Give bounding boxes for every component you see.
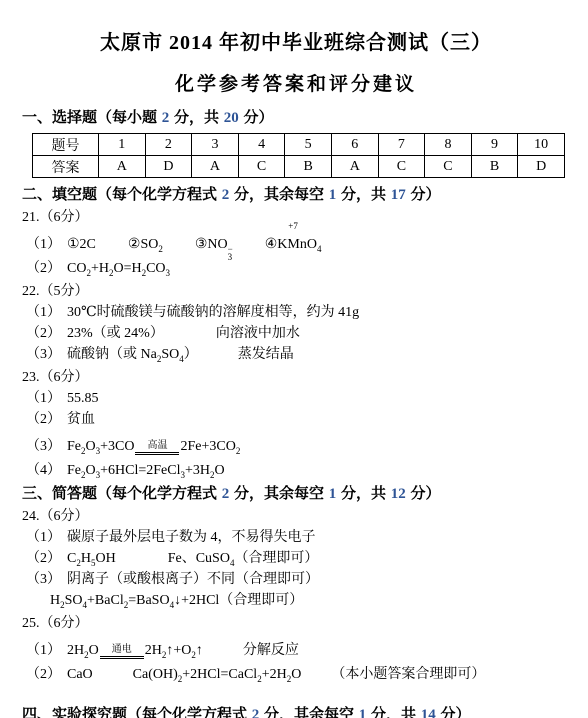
- doc-subtitle: 化学参考答案和评分建议: [22, 69, 570, 96]
- document-page: 太原市 2014 年初中毕业班综合测试（三） 化学参考答案和评分建议 一、选择题…: [0, 0, 588, 718]
- answer-cell: D: [145, 156, 192, 178]
- heading-text: 三、简答题（每个化学方程式: [22, 486, 221, 502]
- answer-line-24-2: （2）C2H5OHFe、CuSO4（合理即可）: [22, 548, 570, 569]
- item-number: （3）: [26, 572, 61, 587]
- answer-line-24-1: （1）碳原子最外层电子数为 4，不易得失电子: [22, 527, 570, 548]
- question-number-cell: 10: [518, 134, 565, 156]
- answer-text: 阴离子（或酸根离子）不同（合理即可）: [67, 572, 319, 587]
- heading-text: 分）: [240, 110, 274, 126]
- chem-equation-right: 2H2↑+O2↑: [145, 643, 203, 658]
- answer-cell: A: [192, 156, 239, 178]
- answer-cell: D: [518, 156, 565, 178]
- item-number: （1）: [26, 391, 61, 406]
- answer-text: 向溶液中加水: [216, 326, 300, 341]
- heading-number: 2: [251, 707, 261, 718]
- heading-text: 二、填空题（每个化学方程式: [22, 187, 221, 203]
- heading-number: 20: [223, 110, 240, 126]
- question-number-cell: 8: [425, 134, 472, 156]
- item-number: （3）: [26, 347, 61, 362]
- answer-line-21-1: （1）①2C②SO2③NO−3④+7KMnO4: [22, 231, 570, 258]
- heading-number: 1: [328, 486, 338, 502]
- question-number-cell: 2: [145, 134, 192, 156]
- heading-text: 分，共: [170, 110, 223, 126]
- heading-number: 2: [221, 187, 231, 203]
- chem-formula-kmno4: ④+7KMnO4: [265, 237, 322, 252]
- answer-line-21-2: （2）CO2+H2O=H2CO3: [22, 258, 570, 279]
- heading-number: 2: [221, 486, 231, 502]
- chem-formula: Fe、CuSO4（合理即可）: [168, 551, 319, 566]
- answer-cell: B: [285, 156, 332, 178]
- answer-line-25-2: （2）CaOCa(OH)2+2HCl=CaCl2+2H2O（本小题答案合理即可）: [22, 664, 570, 685]
- chem-equation: Ca(OH)2+2HCl=CaCl2+2H2O: [133, 667, 302, 682]
- answer-line-23-3: （3）Fe2O3+3CO高温2Fe+3CO2: [22, 433, 570, 460]
- answer-text: 30℃时硫酸镁与硫酸钠的溶解度相等，约为 41g: [67, 305, 359, 320]
- section-3-heading: 三、简答题（每个化学方程式 2 分，其余每空 1 分，共 12 分）: [22, 484, 570, 504]
- chem-formula: 硫酸钠（或 Na2SO4）: [67, 347, 198, 362]
- question-23-label: 23.（6分）: [22, 367, 570, 388]
- heading-text: 分，其余每空: [260, 707, 358, 718]
- chem-formula-no3: ③NO−3: [195, 237, 233, 252]
- oxidation-number: +7: [288, 222, 298, 231]
- heading-number: 1: [328, 187, 338, 203]
- circled-number: ④: [265, 237, 278, 252]
- formula-with-oxidation: +7KMnO4: [277, 231, 321, 258]
- item-number: （2）: [26, 412, 61, 427]
- answer-line-24-3-equation: H2SO4+BaCl2=BaSO4↓+2HCl（合理即可）: [22, 590, 570, 611]
- answer-note: （本小题答案合理即可）: [331, 667, 485, 682]
- heading-text: 分）: [407, 486, 441, 502]
- question-22-label: 22.（5分）: [22, 281, 570, 302]
- answer-text: 55.85: [67, 391, 99, 406]
- item-number: （1）: [26, 530, 61, 545]
- chem-equation-right: 2Fe+3CO2: [180, 439, 240, 454]
- question-number-cell: 3: [192, 134, 239, 156]
- answer-cell: A: [331, 156, 378, 178]
- item-number: （2）: [26, 261, 61, 276]
- answer-text: 23%（或 24%）: [67, 326, 164, 341]
- section-1-heading: 一、选择题（每小题 2 分，共 20 分）: [22, 108, 570, 128]
- answer-line-23-4: （4）Fe2O3+6HCl=2FeCl3+3H2O: [22, 460, 570, 481]
- row-label-number: 题号: [33, 134, 99, 156]
- chem-formula: C2H5OH: [67, 551, 116, 566]
- chem-equation: H2SO4+BaCl2=BaSO4↓+2HCl（合理即可）: [50, 593, 303, 608]
- answer-cell: C: [378, 156, 425, 178]
- chem-equation-left: 2H2O: [67, 643, 99, 658]
- item-number: （2）: [26, 551, 61, 566]
- item-number: （4）: [26, 463, 61, 478]
- answer-line-23-1: （1）55.85: [22, 388, 570, 409]
- question-25-label: 25.（6分）: [22, 613, 570, 634]
- table-row-question-numbers: 题号 1 2 3 4 5 6 7 8 9 10: [33, 134, 565, 156]
- heading-number: 14: [420, 707, 437, 718]
- heading-text: 四、实验探究题（每个化学方程式: [22, 707, 251, 718]
- row-label-answer: 答案: [33, 156, 99, 178]
- heading-text: 分）: [407, 187, 441, 203]
- table-row-answers: 答案 A D A C B A C C B D: [33, 156, 565, 178]
- answer-cell: C: [425, 156, 472, 178]
- answer-text: 蒸发结晶: [238, 347, 294, 362]
- chem-equation-left: Fe2O3+3CO: [67, 439, 134, 454]
- item-number: （2）: [26, 326, 61, 341]
- heading-number: 12: [390, 486, 407, 502]
- subscript-number: 3: [228, 253, 233, 261]
- formula-text: KMnO4: [277, 237, 321, 252]
- heading-text: 分，共: [367, 707, 420, 718]
- heading-text: 分）: [437, 707, 471, 718]
- heading-text: 分，共: [337, 187, 390, 203]
- choice-answer-table: 题号 1 2 3 4 5 6 7 8 9 10 答案 A D A C B A C…: [32, 133, 565, 178]
- item-number: （1）: [26, 237, 61, 252]
- heading-number: 1: [358, 707, 368, 718]
- condition-label: 高温: [135, 440, 179, 455]
- heading-text: 分，共: [337, 486, 390, 502]
- chem-formula: ②SO2: [128, 237, 163, 252]
- heading-text: 分，其余每空: [230, 486, 328, 502]
- chem-equation: CO2+H2O=H2CO3: [67, 261, 170, 276]
- question-number-cell: 7: [378, 134, 425, 156]
- section-4-heading: 四、实验探究题（每个化学方程式 2 分，其余每空 1 分，共 14 分）: [22, 705, 570, 718]
- chem-equation: Fe2O3+6HCl=2FeCl3+3H2O: [67, 463, 225, 478]
- answer-line-22-2: （2）23%（或 24%）向溶液中加水: [22, 323, 570, 344]
- heading-number: 2: [161, 110, 171, 126]
- section-2-heading: 二、填空题（每个化学方程式 2 分，其余每空 1 分，共 17 分）: [22, 185, 570, 205]
- question-number-cell: 1: [99, 134, 146, 156]
- answer-line-23-2: （2）贫血: [22, 409, 570, 430]
- doc-title: 太原市 2014 年初中毕业班综合测试（三）: [22, 26, 570, 55]
- heading-text: 一、选择题（每小题: [22, 110, 161, 126]
- charge-stack: −3: [228, 245, 233, 261]
- condition-label: 通电: [100, 644, 144, 659]
- chem-formula: CaO: [67, 667, 93, 682]
- question-number-cell: 6: [331, 134, 378, 156]
- item-number: （1）: [26, 643, 61, 658]
- reaction-condition: 通电: [100, 644, 144, 659]
- answer-text: 贫血: [67, 412, 95, 427]
- answer-text: 分解反应: [243, 643, 299, 658]
- question-24-label: 24.（6分）: [22, 506, 570, 527]
- reaction-condition: 高温: [135, 440, 179, 455]
- answer-line-22-1: （1）30℃时硫酸镁与硫酸钠的溶解度相等，约为 41g: [22, 302, 570, 323]
- item-number: （1）: [26, 305, 61, 320]
- answer-line-22-3: （3）硫酸钠（或 Na2SO4）蒸发结晶: [22, 344, 570, 365]
- formula-text: ③NO: [195, 237, 228, 252]
- question-number-cell: 4: [238, 134, 285, 156]
- heading-number: 17: [390, 187, 407, 203]
- question-number-cell: 9: [471, 134, 518, 156]
- item-number: （3）: [26, 439, 61, 454]
- question-number-cell: 5: [285, 134, 332, 156]
- answer-line-24-3: （3）阴离子（或酸根离子）不同（合理即可）: [22, 569, 570, 590]
- chem-formula: ①2C: [67, 237, 96, 252]
- heading-text: 分，其余每空: [230, 187, 328, 203]
- answer-cell: A: [99, 156, 146, 178]
- item-number: （2）: [26, 667, 61, 682]
- answer-cell: C: [238, 156, 285, 178]
- answer-cell: B: [471, 156, 518, 178]
- answer-line-25-1: （1）2H2O通电2H2↑+O2↑分解反应: [22, 637, 570, 664]
- answer-text: 碳原子最外层电子数为 4，不易得失电子: [67, 530, 316, 545]
